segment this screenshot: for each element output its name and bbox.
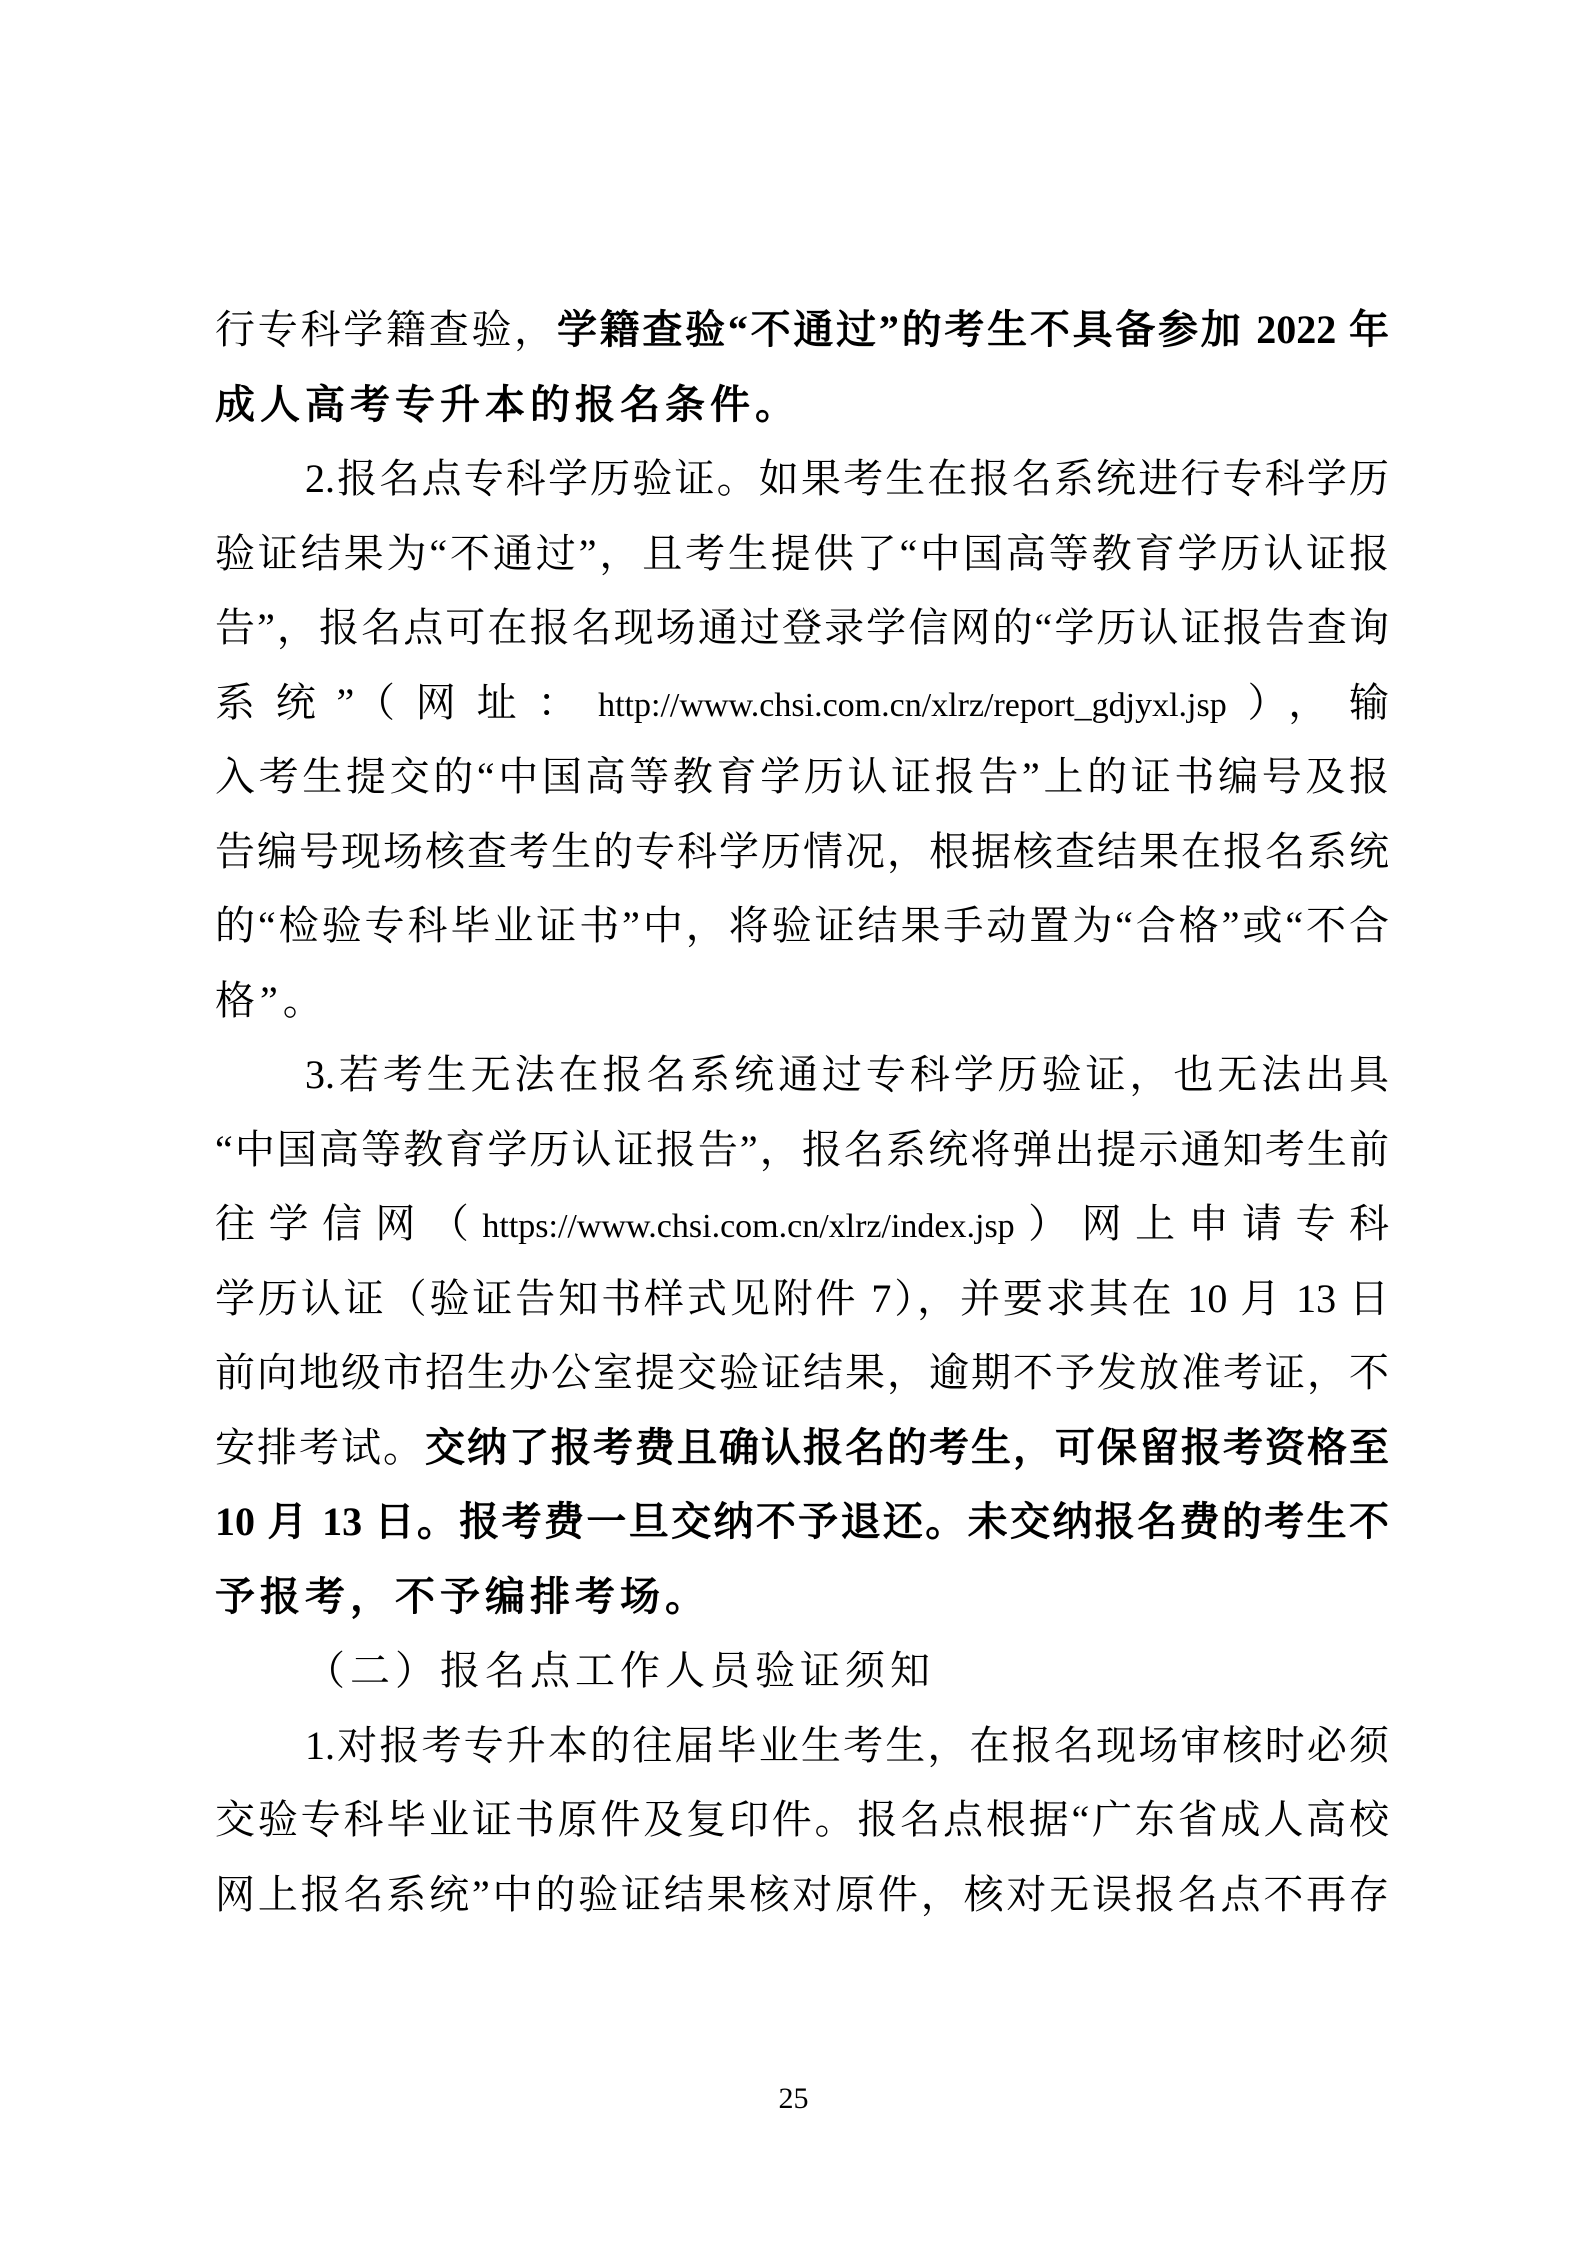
text-segment: 验证结果为“不通过”，且考生提供了“中国高等教育学历认证报 (215, 531, 1389, 576)
text-line-3: 2.报名点专科学历验证。如果考生在报名系统进行专科学历 (215, 442, 1389, 517)
text-line-21: 交验专科毕业证书原件及复印件。报名点根据“广东省成人高校 (215, 1783, 1389, 1858)
text-line-20: 1.对报考专升本的往届毕业生考生，在报名现场审核时必须 (215, 1709, 1389, 1784)
text-segment: “中国高等教育学历认证报告”，报名系统将弹出提示通知考生前 (215, 1127, 1389, 1172)
text-segment: 成人高考专升本的报名条件。 (215, 382, 800, 427)
text-segment: ）网上申请专科 (1015, 1201, 1389, 1246)
text-segment: 学籍查验“不通过”的考生不具备参加 2022 年 (557, 307, 1389, 352)
text-line-17: 10 月 13 日。报考费一旦交纳不予退还。未交纳报名费的考生不 (215, 1485, 1389, 1560)
text-segment: 交纳了报考费且确认报名的考生，可保留报考资格至 (425, 1425, 1389, 1470)
text-segment: （二）报名点工作人员验证须知 (305, 1648, 935, 1693)
document-page: 行专科学籍查验，学籍查验“不通过”的考生不具备参加 2022 年成人高考专升本的… (0, 0, 1587, 2245)
text-segment: 学历认证（验证告知书样式见附件 7），并要求其在 10 月 13 日 (215, 1276, 1389, 1321)
text-segment: 交验专科毕业证书原件及复印件。报名点根据“广东省成人高校 (215, 1797, 1389, 1842)
text-line-4: 验证结果为“不通过”，且考生提供了“中国高等教育学历认证报 (215, 517, 1389, 592)
text-segment: ），输 (1227, 680, 1389, 725)
text-segment: 告”，报名点可在报名现场通过登录学信网的“学历认证报告查询 (215, 605, 1389, 650)
text-segment: 告编号现场核查考生的专科学历情况，根据核查结果在报名系统 (215, 829, 1389, 874)
text-segment: 安排考试。 (215, 1425, 425, 1470)
text-segment: 1.对报考专升本的往届毕业生考生，在报名现场审核时必须 (305, 1723, 1389, 1768)
text-segment: 格”。 (215, 978, 328, 1023)
text-segment: 入考生提交的“中国高等教育学历认证报告”上的证书编号及报 (215, 754, 1389, 799)
text-line-15: 前向地级市招生办公室提交验证结果，逾期不予发放准考证，不 (215, 1336, 1389, 1411)
text-line-9: 的“检验专科毕业证书”中，将验证结果手动置为“合格”或“不合 (215, 889, 1389, 964)
text-line-10: 格”。 (215, 964, 1389, 1039)
text-segment: 3.若考生无法在报名系统通过专科学历验证，也无法出具 (305, 1052, 1389, 1097)
text-line-8: 告编号现场核查考生的专科学历情况，根据核查结果在报名系统 (215, 815, 1389, 890)
text-line-14: 学历认证（验证告知书样式见附件 7），并要求其在 10 月 13 日 (215, 1262, 1389, 1337)
text-segment: 前向地级市招生办公室提交验证结果，逾期不予发放准考证，不 (215, 1350, 1389, 1395)
text-line-6: 系统”（网址：http://www.chsi.com.cn/xlrz/repor… (215, 666, 1389, 741)
text-line-2: 成人高考专升本的报名条件。 (215, 368, 1389, 443)
text-segment: 往学信网（ (215, 1201, 482, 1246)
text-segment: 网上报名系统”中的验证结果核对原件，核对无误报名点不再存 (215, 1872, 1389, 1917)
text-segment: 的“检验专科毕业证书”中，将验证结果手动置为“合格”或“不合 (215, 903, 1389, 948)
url-text: http://www.chsi.com.cn/xlrz/report_gdjyx… (598, 687, 1227, 724)
page-number: 25 (0, 2082, 1587, 2116)
text-line-19: （二）报名点工作人员验证须知 (215, 1634, 1389, 1709)
text-line-1: 行专科学籍查验，学籍查验“不通过”的考生不具备参加 2022 年 (215, 293, 1389, 368)
text-line-5: 告”，报名点可在报名现场通过登录学信网的“学历认证报告查询 (215, 591, 1389, 666)
text-segment: 2.报名点专科学历验证。如果考生在报名系统进行专科学历 (305, 456, 1389, 501)
text-segment: 行专科学籍查验， (215, 307, 557, 352)
text-line-22: 网上报名系统”中的验证结果核对原件，核对无误报名点不再存 (215, 1858, 1389, 1933)
text-line-16: 安排考试。交纳了报考费且确认报名的考生，可保留报考资格至 (215, 1411, 1389, 1486)
text-line-12: “中国高等教育学历认证报告”，报名系统将弹出提示通知考生前 (215, 1113, 1389, 1188)
text-line-7: 入考生提交的“中国高等教育学历认证报告”上的证书编号及报 (215, 740, 1389, 815)
url-text: https://www.chsi.com.cn/xlrz/index.jsp (482, 1208, 1014, 1245)
text-segment: 10 月 13 日。报考费一旦交纳不予退还。未交纳报名费的考生不 (215, 1499, 1389, 1544)
text-line-11: 3.若考生无法在报名系统通过专科学历验证，也无法出具 (215, 1038, 1389, 1113)
text-line-18: 予报考，不予编排考场。 (215, 1560, 1389, 1635)
document-body: 行专科学籍查验，学籍查验“不通过”的考生不具备参加 2022 年成人高考专升本的… (215, 293, 1389, 1932)
text-line-13: 往学信网（https://www.chsi.com.cn/xlrz/index.… (215, 1187, 1389, 1262)
text-segment: 予报考，不予编排考场。 (215, 1574, 710, 1619)
text-segment: 系统”（网址： (215, 680, 598, 725)
